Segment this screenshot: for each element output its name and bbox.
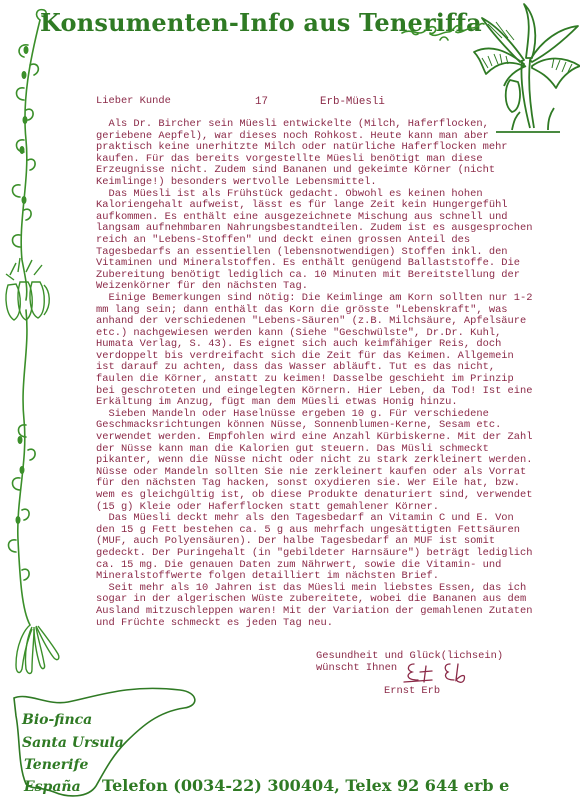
paragraph: Seit mehr als 10 Jahren ist das Müesli m…: [96, 583, 532, 629]
signature-icon: [400, 660, 480, 686]
paragraph: Einige Bemerkungen sind nötig: Die Keiml…: [96, 293, 532, 409]
letter-title: Erb-Müesli: [320, 97, 385, 109]
logo-line-santa-ursula: Santa Ursula: [22, 735, 124, 751]
letter-body: Als Dr. Bircher sein Müesli entwickelte …: [96, 119, 532, 629]
paragraph: Als Dr. Bircher sein Müesli entwickelte …: [96, 119, 532, 189]
paragraph: Sieben Mandeln oder Haselnüsse ergeben 1…: [96, 409, 532, 513]
paragraph: Das Müesli deckt mehr als den Tagesbedar…: [96, 513, 532, 583]
greeting: Lieber Kunde: [96, 96, 171, 108]
logo-line-tenerife: Tenerife: [24, 757, 88, 773]
letter-number: 17: [255, 97, 268, 109]
logo-line-bio-finca: Bio-finca: [22, 712, 92, 728]
vine-decoration-icon: [0, 0, 60, 700]
contact-info: Telefon (0034-22) 300404, Telex 92 644 e…: [102, 776, 509, 795]
logo-line-espana: España: [24, 779, 81, 795]
paragraph: Das Müesli ist als Frühstück gedacht. Ob…: [96, 189, 532, 293]
signature-name: Ernst Erb: [384, 686, 440, 698]
